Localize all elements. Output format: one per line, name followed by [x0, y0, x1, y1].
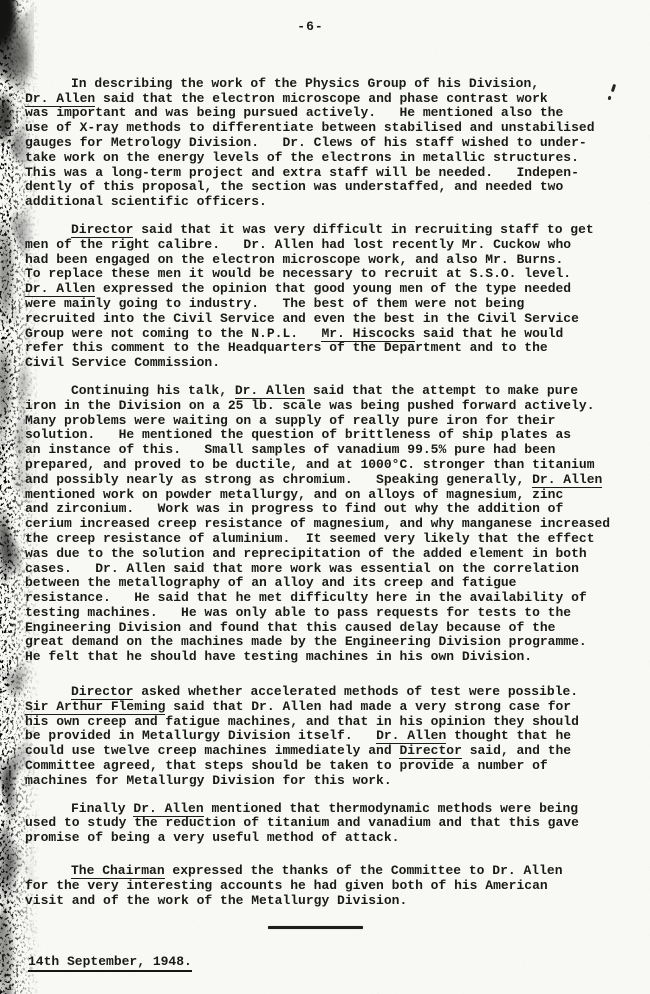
text-line: visit and of the work of the Metallurgy … — [25, 894, 636, 909]
text-segment: said, and the — [462, 743, 571, 758]
text-segment: great demand on the machines made by the… — [25, 634, 587, 649]
text-segment: He felt that he should have testing mach… — [25, 649, 532, 664]
document-body: -6- In describing the work of the Physic… — [0, 20, 650, 970]
text-segment: thought that he — [446, 728, 571, 743]
paragraph: In describing the work of the Physics Gr… — [25, 77, 636, 210]
text-line: promise of being a very useful method of… — [25, 831, 636, 846]
text-segment: between the metallography of an alloy an… — [25, 575, 516, 590]
text-segment: said that Dr. Allen had made a very stro… — [165, 699, 571, 714]
text-segment: men of the right calibre. Dr. Allen had … — [25, 237, 571, 252]
text-segment: Civil Service Commission. — [25, 355, 220, 370]
text-line: take work on the energy levels of the el… — [25, 151, 636, 166]
text-segment: gauges for Metrology Division. Dr. Clews… — [25, 135, 587, 150]
text-line: be provided in Metallurgy Division itsel… — [25, 729, 636, 744]
text-segment: prepared, and proved to be ductile, and … — [25, 457, 595, 472]
text-segment: Committee agreed, that steps should be t… — [25, 758, 548, 773]
text-segment: This was a long-term project and extra s… — [25, 165, 579, 180]
text-line: In describing the work of the Physics Gr… — [25, 77, 636, 92]
underlined-name: Sir Arthur Fleming — [25, 699, 165, 715]
text-segment: Group were not coming to the N.P.L. — [25, 326, 321, 341]
paragraph: The Chairman expressed the thanks of the… — [25, 864, 636, 908]
text-segment: used to study the reduction of titanium … — [25, 815, 579, 830]
underlined-name: Dr. Allen — [25, 91, 95, 107]
text-segment: could use twelve creep machines immediat… — [25, 743, 399, 758]
text-line: were mainly going to industry. The best … — [25, 297, 636, 312]
text-segment: Continuing his talk, — [71, 383, 235, 398]
text-segment: iron in the Division on a 25 lb. scale w… — [25, 398, 595, 413]
text-segment: expressed the opinion that good young me… — [95, 281, 571, 296]
text-segment: In describing the work of the Physics Gr… — [71, 76, 539, 91]
text-line: Engineering Division and found that this… — [25, 621, 636, 636]
text-line: The Chairman expressed the thanks of the… — [25, 864, 636, 879]
text-line: Dr. Allen expressed the opinion that goo… — [25, 282, 636, 297]
text-segment: resistance. He said that he met difficul… — [25, 590, 587, 605]
text-segment: cases. Dr. Allen said that more work was… — [25, 561, 579, 576]
paragraph: Continuing his talk, Dr. Allen said that… — [25, 384, 636, 665]
text-segment: Finally — [71, 801, 133, 816]
text-line: was important and was being pursued acti… — [25, 106, 636, 121]
text-segment: was important and was being pursued acti… — [25, 105, 563, 120]
text-line: prepared, and proved to be ductile, and … — [25, 458, 636, 473]
text-segment: machines for Metallurgy Division for thi… — [25, 773, 392, 788]
text-line: his own creep and fatigue machines, and … — [25, 715, 636, 730]
text-line: used to study the reduction of titanium … — [25, 816, 636, 831]
text-segment: his own creep and fatigue machines, and … — [25, 714, 579, 729]
text-line: mentioned work on powder metallurgy, and… — [25, 488, 636, 503]
text-segment: promise of being a very useful method of… — [25, 830, 399, 845]
text-segment: be provided in Metallurgy Division itsel… — [25, 728, 376, 743]
text-segment: said that it was very difficult in recru… — [133, 222, 593, 237]
text-segment: take work on the energy levels of the el… — [25, 150, 579, 165]
text-segment: To replace these men it would be necessa… — [25, 266, 571, 281]
text-line: iron in the Division on a 25 lb. scale w… — [25, 399, 636, 414]
text-line: refer this comment to the Headquarters o… — [25, 341, 636, 356]
text-segment: was due to the solution and reprecipitat… — [25, 546, 587, 561]
underlined-name: Dr. Allen — [133, 801, 203, 817]
page-number: -6- — [5, 20, 616, 35]
separator-rule — [268, 926, 363, 929]
text-segment: dently of this proposal, the section was… — [25, 179, 563, 194]
text-segment: an instance of this. Small samples of va… — [25, 442, 556, 457]
text-line: solution. He mentioned the question of b… — [25, 428, 636, 443]
text-line: use of X-ray methods to differentiate be… — [25, 121, 636, 136]
footer-date: 14th September, 1948. — [28, 955, 636, 970]
text-segment: Engineering Division and found that this… — [25, 620, 556, 635]
text-segment: solution. He mentioned the question of b… — [25, 427, 571, 442]
text-segment: refer this comment to the Headquarters o… — [25, 340, 548, 355]
text-line: machines for Metallurgy Division for thi… — [25, 774, 636, 789]
text-segment: and zirconium. Work was in progress to f… — [25, 501, 563, 516]
text-line: and zirconium. Work was in progress to f… — [25, 502, 636, 517]
underlined-name: Dr. Allen — [25, 281, 95, 297]
underlined-name: Director — [399, 743, 461, 759]
underlined-name: Director — [71, 222, 133, 238]
footer-date-text: 14th September, 1948. — [28, 954, 192, 972]
text-line: Dr. Allen said that the electron microsc… — [25, 92, 636, 107]
text-segment: cerium increased creep resistance of mag… — [25, 516, 610, 531]
underlined-name: Director — [71, 684, 133, 700]
text-line: cerium increased creep resistance of mag… — [25, 517, 636, 532]
text-line: recruited into the Civil Service and eve… — [25, 312, 636, 327]
text-segment: mentioned that thermodynamic methods wer… — [204, 801, 578, 816]
text-line: an instance of this. Small samples of va… — [25, 443, 636, 458]
text-segment: for the very interesting accounts he had… — [25, 878, 548, 893]
paragraph: Director said that it was very difficult… — [25, 223, 636, 371]
text-segment: recruited into the Civil Service and eve… — [25, 311, 579, 326]
text-line: could use twelve creep machines immediat… — [25, 744, 636, 759]
underlined-name: The Chairman — [71, 863, 165, 879]
text-line: between the metallography of an alloy an… — [25, 576, 636, 591]
text-segment: had been engaged on the electron microsc… — [25, 252, 563, 267]
text-segment: mentioned work on powder metallurgy, and… — [25, 487, 563, 502]
text-segment: said that the attempt to make pure — [305, 383, 578, 398]
text-line: Finally Dr. Allen mentioned that thermod… — [25, 802, 636, 817]
text-segment: said that the electron microscope and ph… — [95, 91, 547, 106]
underlined-name: Dr. Allen — [532, 472, 602, 488]
underlined-name: Mr. Hiscocks — [321, 326, 415, 342]
text-line: This was a long-term project and extra s… — [25, 166, 636, 181]
text-line: the creep resistance of aluminium. It se… — [25, 532, 636, 547]
text-line: had been engaged on the electron microsc… — [25, 253, 636, 268]
text-line: and possibly nearly as strong as chromiu… — [25, 473, 636, 488]
text-line: for the very interesting accounts he had… — [25, 879, 636, 894]
text-segment: expressed the thanks of the Committee to… — [165, 863, 563, 878]
text-line: gauges for Metrology Division. Dr. Clews… — [25, 136, 636, 151]
text-segment: asked whether accelerated methods of tes… — [133, 684, 578, 699]
text-segment: Many problems were waiting on a supply o… — [25, 413, 556, 428]
text-line: Committee agreed, that steps should be t… — [25, 759, 636, 774]
underlined-name: Dr. Allen — [376, 728, 446, 744]
text-line: Director asked whether accelerated metho… — [25, 685, 636, 700]
text-segment: visit and of the work of the Metallurgy … — [25, 893, 407, 908]
text-line: Continuing his talk, Dr. Allen said that… — [25, 384, 636, 399]
text-segment: use of X-ray methods to differentiate be… — [25, 120, 595, 135]
paragraph: Finally Dr. Allen mentioned that thermod… — [25, 802, 636, 846]
text-segment: testing machines. He was only able to pa… — [25, 605, 571, 620]
text-line: was due to the solution and reprecipitat… — [25, 547, 636, 562]
text-line: Many problems were waiting on a supply o… — [25, 414, 636, 429]
text-line: resistance. He said that he met difficul… — [25, 591, 636, 606]
text-segment: said that he would — [415, 326, 563, 341]
underlined-name: Dr. Allen — [235, 383, 305, 399]
text-segment: were mainly going to industry. The best … — [25, 296, 524, 311]
text-line: Civil Service Commission. — [25, 356, 636, 371]
text-line: He felt that he should have testing mach… — [25, 650, 636, 665]
document-page: -6- In describing the work of the Physic… — [0, 0, 650, 994]
text-segment: the creep resistance of aluminium. It se… — [25, 531, 595, 546]
text-line: Sir Arthur Fleming said that Dr. Allen h… — [25, 700, 636, 715]
text-line: great demand on the machines made by the… — [25, 635, 636, 650]
text-line: testing machines. He was only able to pa… — [25, 606, 636, 621]
paragraph: Director asked whether accelerated metho… — [25, 685, 636, 789]
text-line: To replace these men it would be necessa… — [25, 267, 636, 282]
text-line: Group were not coming to the N.P.L. Mr. … — [25, 327, 636, 342]
text-segment: additional scientific officers. — [25, 194, 267, 209]
text-line: dently of this proposal, the section was… — [25, 180, 636, 195]
text-segment: and possibly nearly as strong as chromiu… — [25, 472, 532, 487]
text-line: cases. Dr. Allen said that more work was… — [25, 562, 636, 577]
text-line: Director said that it was very difficult… — [25, 223, 636, 238]
paragraphs: In describing the work of the Physics Gr… — [25, 77, 636, 909]
text-line: men of the right calibre. Dr. Allen had … — [25, 238, 636, 253]
text-line: additional scientific officers. — [25, 195, 636, 210]
